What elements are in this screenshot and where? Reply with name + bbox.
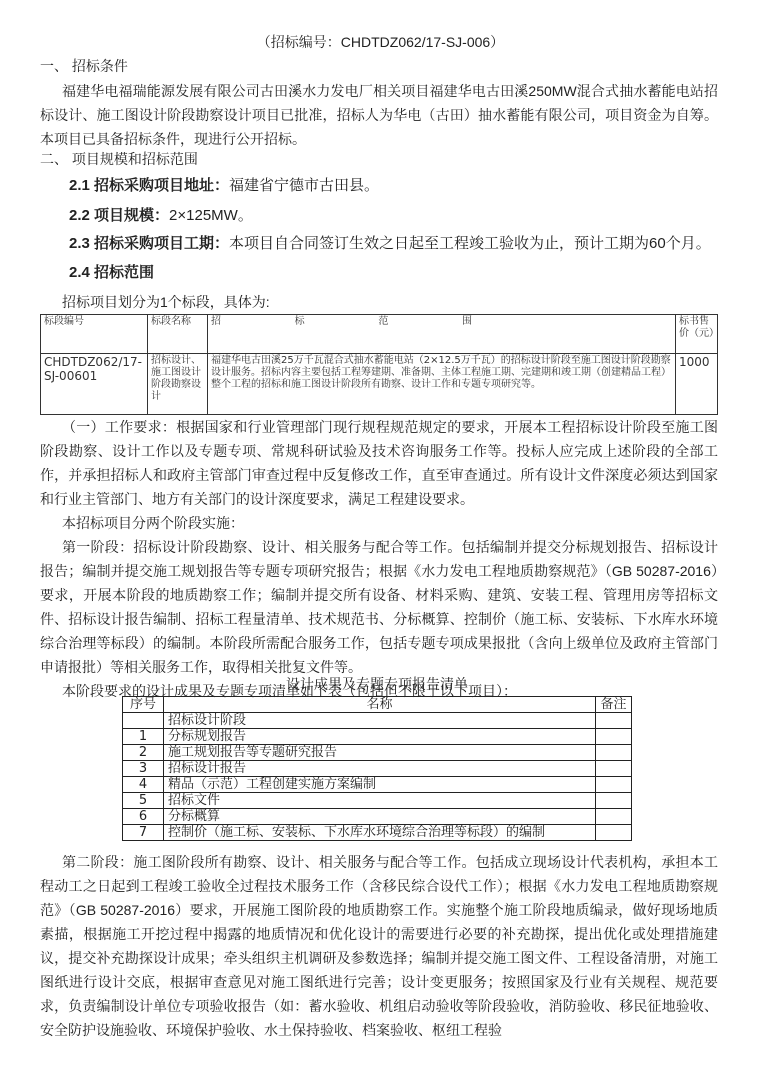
item-2-1: 2.1 招标采购项目地址：福建省宁德市古田县。 xyxy=(69,178,379,194)
header-lot-no: 标段编号 xyxy=(41,315,148,354)
section-1-body: 福建华电福瑞能源发展有限公司古田溪水力发电厂相关项目福建华电古田溪250MW混合… xyxy=(40,79,718,151)
table-row: 4 精品（示范）工程创建实施方案编制 xyxy=(123,777,632,793)
header-scope: 招 标 范 围 xyxy=(208,315,676,354)
row-name: 分标规划报告 xyxy=(164,729,596,745)
header-scope-char: 围 xyxy=(462,316,472,328)
table-row: 3 招标设计报告 xyxy=(123,761,632,777)
row-name: 招标设计报告 xyxy=(164,761,596,777)
row-remark xyxy=(596,745,632,761)
two-phases-intro: 本招标项目分两个阶段实施： xyxy=(40,511,718,535)
phase-2-section: 第二阶段：施工图阶段所有勘察、设计、相关服务与配合等工作。包括成立现场设计代表机… xyxy=(40,850,718,1042)
item-2-1-value: 福建省宁德市古田县。 xyxy=(229,177,379,194)
header-price: 标书售价（元） xyxy=(676,315,718,354)
item-2-3-value: 本项目自合同签订生效之日起至工程竣工验收为止，预计工期为60个月。 xyxy=(229,235,711,252)
row-no: 3 xyxy=(123,761,164,777)
phase-2-description: 第二阶段：施工图阶段所有勘察、设计、相关服务与配合等工作。包括成立现场设计代表机… xyxy=(40,850,718,1042)
header-scope-char: 招 xyxy=(211,316,221,328)
row-no xyxy=(123,713,164,729)
row-remark xyxy=(596,825,632,841)
phase-1-description: 第一阶段：招标设计阶段勘察、设计、相关服务与配合等工作。包括编制并提交分标规划报… xyxy=(40,535,718,679)
table-row: 7 控制价（施工标、安装标、下水库水环境综合治理等标段）的编制 xyxy=(123,825,632,841)
row-name: 招标设计阶段 xyxy=(164,713,596,729)
bid-lot-table: 标段编号 标段名称 招 标 范 围 标书售价（元） CHDTDZ062/17-S… xyxy=(40,314,718,415)
row-no: 4 xyxy=(123,777,164,793)
header-scope-char: 标 xyxy=(295,316,305,328)
work-requirements: （一）工作要求：根据国家和行业管理部门现行规程规范规定的要求，开展本工程招标设计… xyxy=(40,415,718,511)
header-scope-char: 范 xyxy=(378,316,388,328)
bid-table-header-row: 标段编号 标段名称 招 标 范 围 标书售价（元） xyxy=(41,315,718,354)
header-lot-name: 标段名称 xyxy=(148,315,208,354)
header-no: 序号 xyxy=(123,697,164,713)
row-name: 招标文件 xyxy=(164,793,596,809)
section-2-title: 二、 项目规模和招标范围 xyxy=(40,151,198,167)
item-2-1-label: 2.1 招标采购项目地址： xyxy=(69,177,229,194)
row-remark xyxy=(596,793,632,809)
section-1-title: 一、 招标条件 xyxy=(40,58,128,74)
section-1-paragraph: 福建华电福瑞能源发展有限公司古田溪水力发电厂相关项目福建华电古田溪250MW混合… xyxy=(40,79,718,151)
row-no: 1 xyxy=(123,729,164,745)
table-row: 6 分标概算 xyxy=(123,809,632,825)
bid-table-row: CHDTDZ062/17-SJ-00601 招标设计、施工图设计阶段勘察设计 福… xyxy=(41,354,718,415)
row-remark xyxy=(596,729,632,745)
item-2-2-value: 2×125MW。 xyxy=(169,207,253,224)
list-table-header-row: 序号 名称 备注 xyxy=(123,697,632,713)
document-page: （招标编号：CHDTDZ062/17-SJ-006） 一、 招标条件 福建华电福… xyxy=(0,0,761,1070)
header-remark: 备注 xyxy=(596,697,632,713)
row-remark xyxy=(596,761,632,777)
row-remark xyxy=(596,809,632,825)
item-2-3: 2.3 招标采购项目工期：本项目自合同签订生效之日起至工程竣工验收为止，预计工期… xyxy=(69,236,711,252)
row-name: 分标概算 xyxy=(164,809,596,825)
row-name: 控制价（施工标、安装标、下水库水环境综合治理等标段）的编制 xyxy=(164,825,596,841)
row-no: 7 xyxy=(123,825,164,841)
bid-number: （招标编号：CHDTDZ062/17-SJ-006） xyxy=(0,34,761,50)
row-remark xyxy=(596,777,632,793)
row-no: 5 xyxy=(123,793,164,809)
row-remark xyxy=(596,713,632,729)
cell-price: 1000 xyxy=(676,354,718,415)
header-name: 名称 xyxy=(164,697,596,713)
row-name: 精品（示范）工程创建实施方案编制 xyxy=(164,777,596,793)
item-2-2: 2.2 项目规模：2×125MW。 xyxy=(69,208,253,224)
cell-lot-no: CHDTDZ062/17-SJ-00601 xyxy=(41,354,148,415)
cell-lot-name: 招标设计、施工图设计阶段勘察设计 xyxy=(148,354,208,415)
table-row: 招标设计阶段 xyxy=(123,713,632,729)
deliverables-table: 序号 名称 备注 招标设计阶段 1 分标规划报告 2 施工规划报告等专题研究报告… xyxy=(122,696,632,841)
lots-intro: 招标项目划分为1个标段，具体为: xyxy=(62,294,270,310)
table-row: 1 分标规划报告 xyxy=(123,729,632,745)
cell-scope: 福建华电古田溪25万千瓦混合式抽水蓄能电站（2×12.5万千瓦）的招标设计阶段至… xyxy=(208,354,676,415)
row-name: 施工规划报告等专题研究报告 xyxy=(164,745,596,761)
table-row: 5 招标文件 xyxy=(123,793,632,809)
row-no: 2 xyxy=(123,745,164,761)
item-2-4-title: 2.4 招标范围 xyxy=(69,265,154,281)
work-section: （一）工作要求：根据国家和行业管理部门现行规程规范规定的要求，开展本工程招标设计… xyxy=(40,415,718,703)
row-no: 6 xyxy=(123,809,164,825)
list-table-caption: 设计成果及专题专项报告清单 xyxy=(122,677,632,693)
item-2-3-label: 2.3 招标采购项目工期： xyxy=(69,235,229,252)
item-2-2-label: 2.2 项目规模： xyxy=(69,207,169,224)
table-row: 2 施工规划报告等专题研究报告 xyxy=(123,745,632,761)
